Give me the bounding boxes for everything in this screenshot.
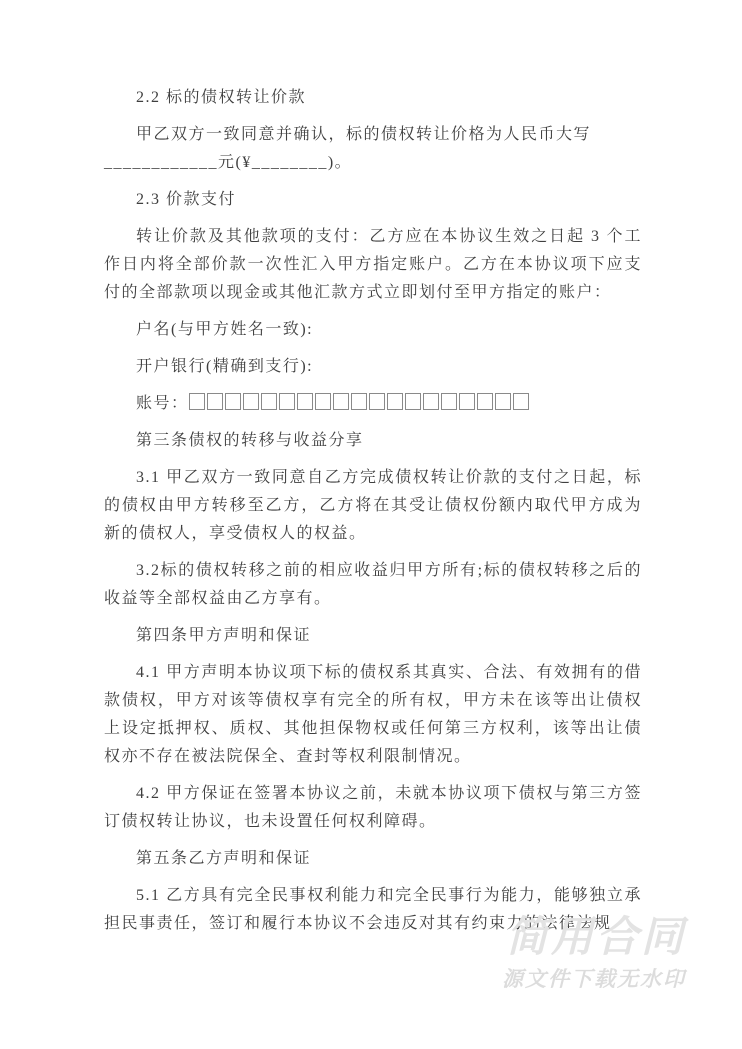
section-heading: 第三条债权的转移与收益分享 xyxy=(104,427,642,455)
account-digit-box xyxy=(387,393,403,410)
account-digit-box xyxy=(279,393,295,410)
account-digit-box xyxy=(207,393,223,410)
section-heading: 2.2 标的债权转让价款 xyxy=(104,84,642,112)
account-digit-box xyxy=(441,393,457,410)
account-digit-box xyxy=(513,393,529,410)
section-heading: 第四条甲方声明和保证 xyxy=(104,622,642,650)
account-digit-box xyxy=(459,393,475,410)
watermark-subtitle: 源文件下载无水印 xyxy=(502,967,686,993)
paragraph: 甲乙双方一致同意并确认，标的债权转让价格为人民币大写____________元(… xyxy=(104,121,642,177)
account-digit-box xyxy=(261,393,277,410)
account-digit-box xyxy=(405,393,421,410)
account-digit-box xyxy=(369,393,385,410)
bank-field-label: 户名(与甲方姓名一致): xyxy=(104,316,642,344)
contract-body: 2.2 标的债权转让价款甲乙双方一致同意并确认，标的债权转让价格为人民币大写__… xyxy=(0,0,742,938)
paragraph: 5.1 乙方具有完全民事权利能力和完全民事行为能力，能够独立承担民事责任，签订和… xyxy=(104,882,642,938)
paragraph: 4.1 甲方声明本协议项下标的债权系其真实、合法、有效拥有的借款债权，甲方对该等… xyxy=(104,659,642,771)
account-number-label: 账号： xyxy=(136,395,189,412)
account-digit-box xyxy=(351,393,367,410)
account-digit-box xyxy=(423,393,439,410)
bank-field-label: 开户银行(精确到支行): xyxy=(104,353,642,381)
account-number-row: 账号： xyxy=(104,390,642,418)
paragraph: 3.1 甲乙双方一致同意自乙方完成债权转让价款的支付之日起，标的债权由甲方转移至… xyxy=(104,464,642,548)
account-digit-box xyxy=(477,393,493,410)
paragraph: 4.2 甲方保证在签署本协议之前，未就本协议项下债权与第三方签订债权转让协议，也… xyxy=(104,780,642,836)
account-digit-box xyxy=(315,393,331,410)
section-heading: 2.3 价款支付 xyxy=(104,186,642,214)
account-digit-box xyxy=(225,393,241,410)
account-digit-box xyxy=(297,393,313,410)
account-digit-box xyxy=(495,393,511,410)
contract-document-page: 2.2 标的债权转让价款甲乙双方一致同意并确认，标的债权转让价格为人民币大写__… xyxy=(0,0,742,1049)
section-heading: 第五条乙方声明和保证 xyxy=(104,845,642,873)
paragraph: 转让价款及其他款项的支付：乙方应在本协议生效之日起 3 个工作日内将全部价款一次… xyxy=(104,223,642,307)
paragraph: 3.2标的债权转移之前的相应收益归甲方所有;标的债权转移之后的收益等全部权益由乙… xyxy=(104,557,642,613)
account-digit-box xyxy=(189,393,205,410)
account-digit-box xyxy=(243,393,259,410)
account-digit-box xyxy=(333,393,349,410)
